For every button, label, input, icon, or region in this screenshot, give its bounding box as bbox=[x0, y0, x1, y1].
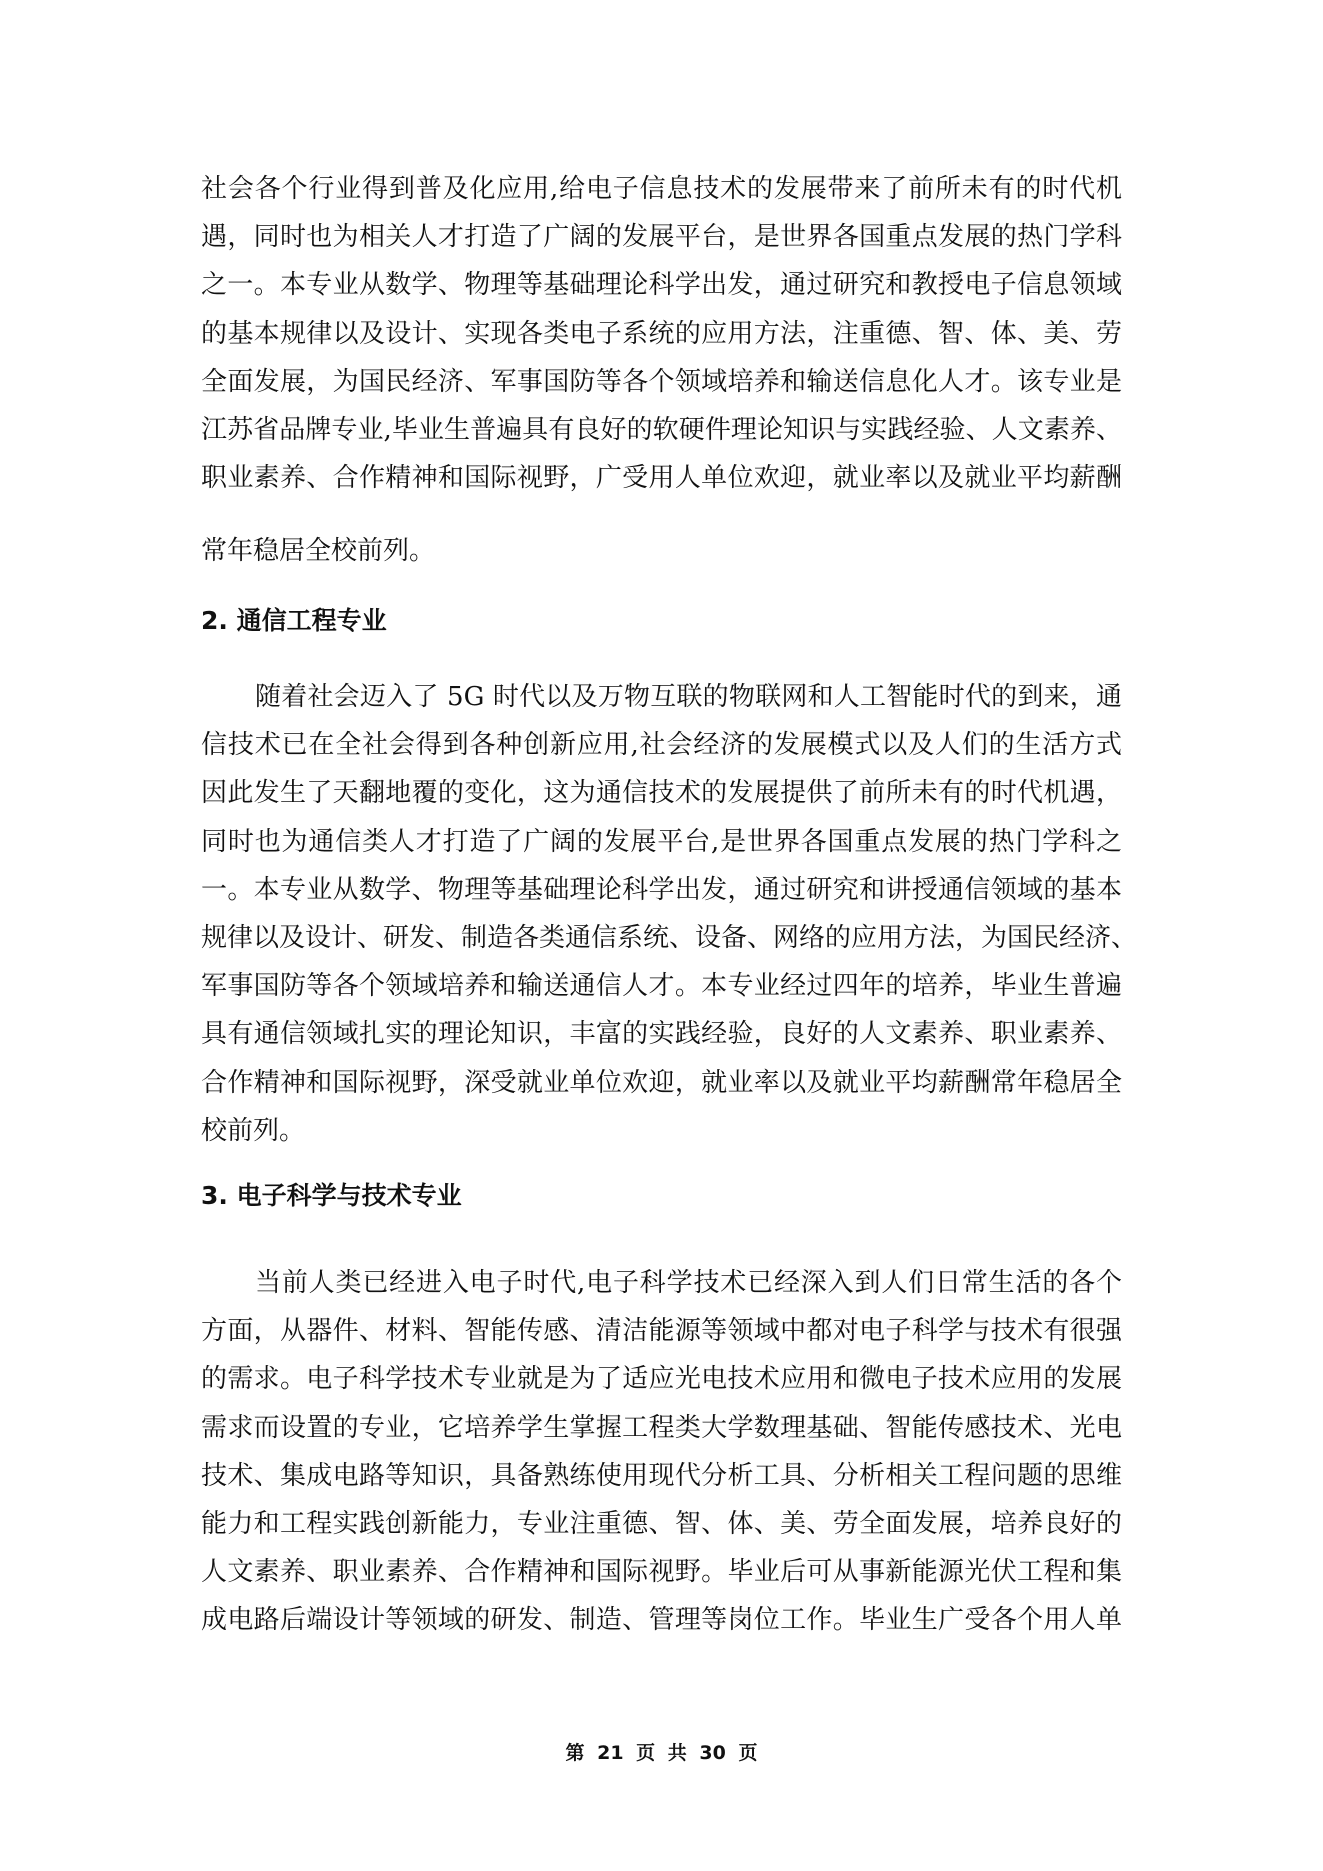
section-heading-3: 3. 电子科学与技术专业 bbox=[201, 1176, 462, 1216]
text-line: 职业素养、合作精神和国际视野，广受用人单位欢迎，就业率以及就业平均薪酬 bbox=[201, 458, 1122, 498]
text-line: 的需求。电子科学技术专业就是为了适应光电技术应用和微电子技术应用的发展 bbox=[201, 1359, 1122, 1399]
text-line: 信技术已在全社会得到各种创新应用,社会经济的发展模式以及人们的生活方式 bbox=[201, 725, 1122, 765]
text-line: 随着社会迈入了 5G 时代以及万物互联的物联网和人工智能时代的到来，通 bbox=[255, 677, 1122, 717]
text-line: 成电路后端设计等领域的研发、制造、管理等岗位工作。毕业生广受各个用人单 bbox=[201, 1600, 1122, 1640]
text-line: 当前人类已经进入电子时代,电子科学技术已经深入到人们日常生活的各个 bbox=[255, 1263, 1122, 1303]
section-heading-2: 2. 通信工程专业 bbox=[201, 601, 387, 641]
text-line: 技术、集成电路等知识，具备熟练使用现代分析工具、分析相关工程问题的思维 bbox=[201, 1456, 1122, 1496]
text-line: 人文素养、职业素养、合作精神和国际视野。毕业后可从事新能源光伏工程和集 bbox=[201, 1552, 1122, 1592]
text-line: 合作精神和国际视野，深受就业单位欢迎，就业率以及就业平均薪酬常年稳居全 bbox=[201, 1063, 1122, 1103]
text-line: 校前列。 bbox=[201, 1111, 1122, 1151]
text-line: 之一。本专业从数学、物理等基础理论科学出发，通过研究和教授电子信息领域 bbox=[201, 265, 1122, 305]
text-line: 同时也为通信类人才打造了广阔的发展平台,是世界各国重点发展的热门学科之 bbox=[201, 822, 1122, 862]
text-line: 能力和工程实践创新能力，专业注重德、智、体、美、劳全面发展，培养良好的 bbox=[201, 1504, 1122, 1544]
text-line: 遇，同时也为相关人才打造了广阔的发展平台，是世界各国重点发展的热门学科 bbox=[201, 217, 1122, 257]
text-line: 需求而设置的专业，它培养学生掌握工程类大学数理基础、智能传感技术、光电 bbox=[201, 1408, 1122, 1448]
text-line: 常年稳居全校前列。 bbox=[201, 531, 1122, 571]
text-line: 一。本专业从数学、物理等基础理论科学出发，通过研究和讲授通信领域的基本 bbox=[201, 870, 1122, 910]
text-line: 军事国防等各个领域培养和输送通信人才。本专业经过四年的培养，毕业生普遍 bbox=[201, 966, 1122, 1006]
text-line: 江苏省品牌专业,毕业生普遍具有良好的软硬件理论知识与实践经验、人文素养、 bbox=[201, 410, 1122, 450]
text-line: 社会各个行业得到普及化应用,给电子信息技术的发展带来了前所未有的时代机 bbox=[201, 169, 1122, 209]
text-line: 因此发生了天翻地覆的变化，这为通信技术的发展提供了前所未有的时代机遇， bbox=[201, 773, 1122, 813]
text-line: 规律以及设计、研发、制造各类通信系统、设备、网络的应用方法，为国民经济、 bbox=[201, 918, 1122, 958]
text-line: 方面，从器件、材料、智能传感、清洁能源等领域中都对电子科学与技术有很强 bbox=[201, 1311, 1122, 1351]
text-line: 的基本规律以及设计、实现各类电子系统的应用方法，注重德、智、体、美、劳 bbox=[201, 314, 1122, 354]
page-number-footer: 第 21 页 共 30 页 bbox=[0, 1738, 1323, 1768]
document-page: 社会各个行业得到普及化应用,给电子信息技术的发展带来了前所未有的时代机 遇，同时… bbox=[0, 0, 1323, 1871]
text-line: 全面发展，为国民经济、军事国防等各个领域培养和输送信息化人才。该专业是 bbox=[201, 362, 1122, 402]
text-line: 具有通信领域扎实的理论知识，丰富的实践经验，良好的人文素养、职业素养、 bbox=[201, 1014, 1122, 1054]
